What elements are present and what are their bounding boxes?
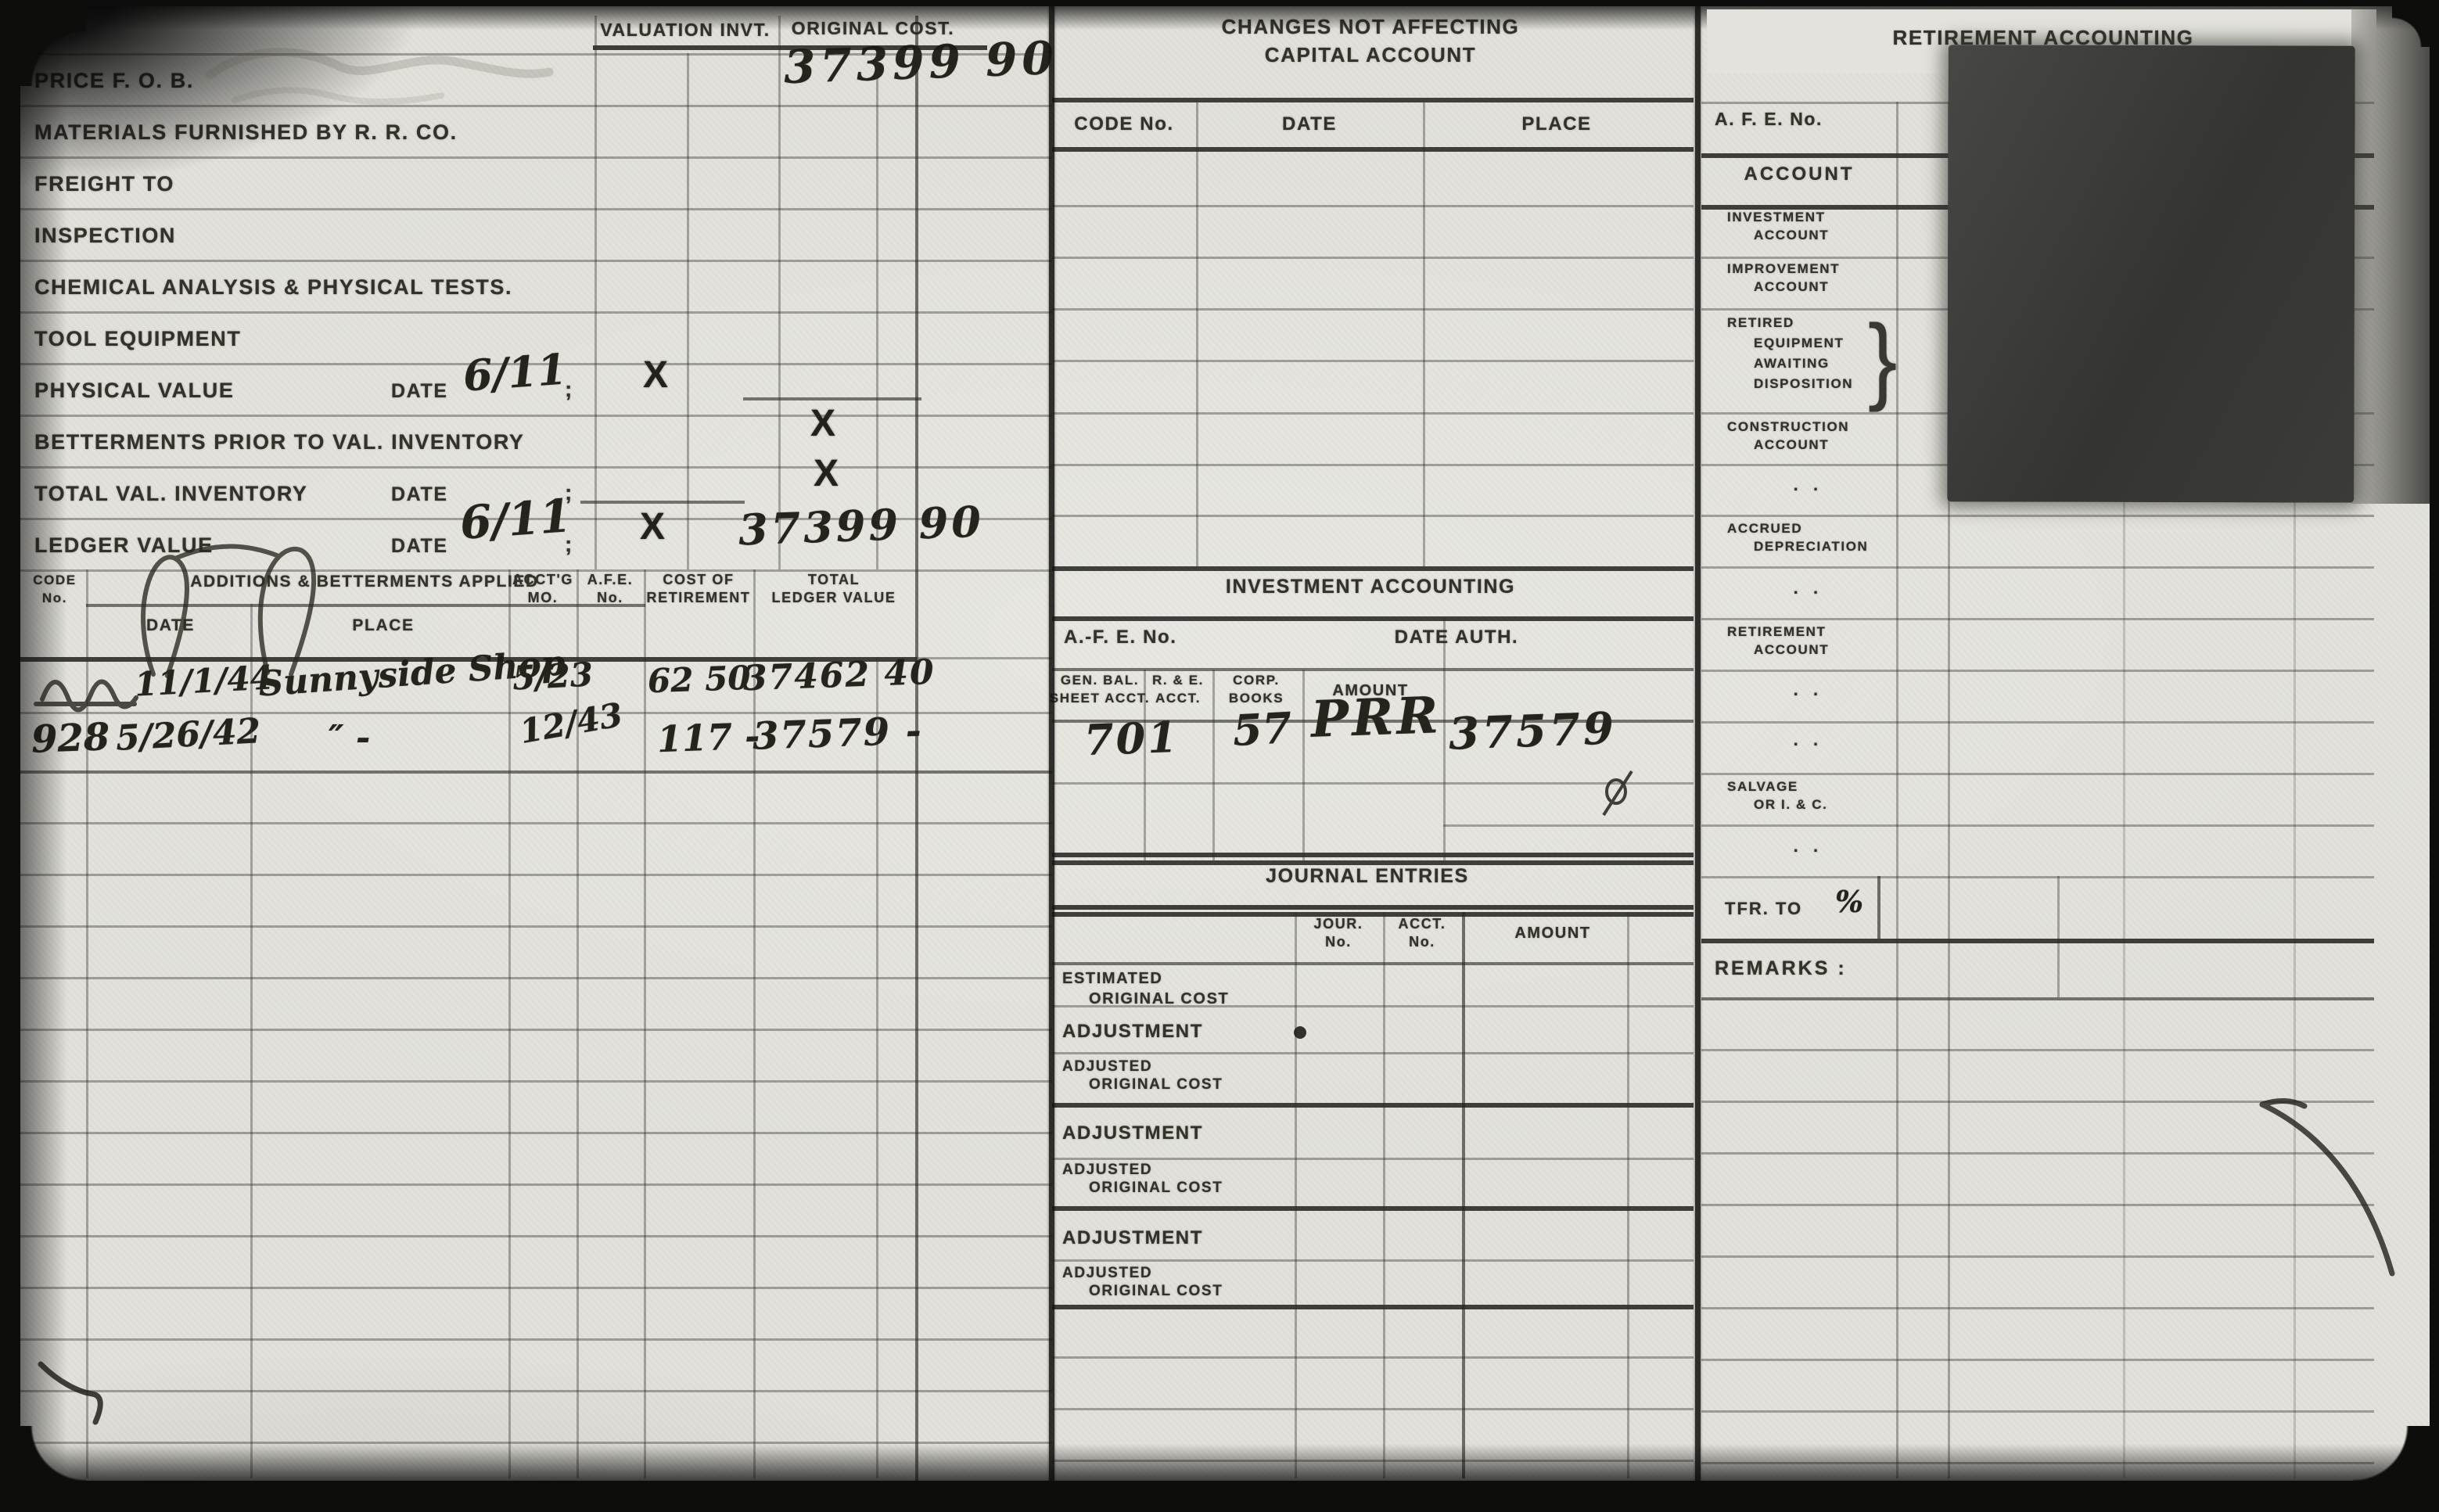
grid-line-v [687,53,689,569]
investment-corp-books-value: PRR [1310,686,1442,749]
grid-line-h [1052,1305,1694,1309]
journal-jour-no-header: JOUR. No. [1313,915,1363,951]
grid-line-h [1701,1204,2374,1206]
retirement-row-construction: CONSTRUCTION ACCOUNT [1727,418,1849,454]
total-val-date-label: DATE [391,483,448,505]
grid-line-v [2057,876,2060,997]
grid-line-v [1295,912,1297,1478]
grid-line-v [876,53,878,569]
retirement-account-header: ACCOUNT [1744,164,1855,185]
changes-code-header: CODE No. [1074,114,1173,135]
grid-line-v [1627,912,1629,1478]
grid-line-h [20,105,1052,107]
physical-value-date-label: DATE [391,380,448,402]
additions-row2-place-ditto: ″ - [329,718,370,758]
grid-line-h [1052,912,1694,917]
grid-line-v [2123,501,2125,1478]
additions-row2-cost: 117 - [656,715,760,761]
changes-date-header: DATE [1282,114,1337,135]
tfr-to-label: TFR. TO [1725,900,1802,919]
journal-row-adjusted-2: ADJUSTED ORIGINAL COST [1062,1161,1223,1197]
additions-afe-header: A.F.E. No. [587,571,634,607]
bottom-edge-shading [0,1444,2439,1483]
grid-line-h [917,657,1052,659]
grid-line-h [20,874,1052,876]
grid-line-h [1052,308,1694,311]
retirement-row-improvement: IMPROVEMENT ACCOUNT [1727,260,1840,296]
physical-value-x-mark: X [643,354,668,397]
grid-line-h [1052,360,1694,362]
grid-line-h [20,822,1052,824]
row-label-chemical: CHEMICAL ANALYSIS & PHYSICAL TESTS. [34,275,512,299]
investment-amount-value: 37579 [1448,702,1618,760]
retirement-row-dots-1: · · [1794,480,1824,500]
grid-line-h [1052,1103,1694,1108]
remarks-label: REMARKS : [1715,957,1847,979]
retirement-row-investment: INVESTMENT ACCOUNT [1727,208,1829,244]
grid-line-h [1701,566,2374,569]
investment-gen-bal-value: 701 [1083,712,1180,765]
grid-line-h [1443,824,1694,827]
grid-line-h [20,1183,1052,1186]
grid-line-h [20,466,1052,469]
grid-line-v [1383,912,1385,1478]
grid-line-h [20,925,1052,928]
journal-amount-header: AMOUNT [1514,925,1590,942]
additions-row2-code: 928 [31,715,110,761]
grid-line-h [20,1080,1052,1083]
grid-line-v [644,569,646,1478]
grid-line-h [1052,1206,1694,1211]
grid-line-v [876,657,878,1478]
grid-line-h [1701,1359,2374,1361]
journal-acct-no-header: ACCT. No. [1399,915,1446,951]
grid-line-h [1701,1462,2374,1464]
ledger-value-x-mark: X [640,505,665,548]
grid-line-h [1701,618,2374,620]
additions-date-header: DATE [146,616,195,635]
grid-line-v [1877,876,1880,939]
grid-line-h [1052,616,1694,621]
row-label-total-val-inventory: TOTAL VAL. INVENTORY [34,482,308,505]
additions-code-header: CODE No. [33,571,77,607]
grid-line-v [2294,501,2296,1478]
changes-title-line1: CHANGES NOT AFFECTING [1222,16,1520,38]
row-label-freight: FREIGHT TO [34,172,174,196]
row-label-physical-value: PHYSICAL VALUE [34,379,234,402]
investment-afe-header: A.-F. E. No. [1064,627,1177,648]
grid-line-h [20,1338,1052,1341]
grid-line-h [1052,205,1694,207]
row-label-inspection: INSPECTION [34,224,176,247]
grid-line-h [1052,1408,1694,1410]
physical-value-date-value: 6/11 [462,343,569,400]
grid-line-v [86,569,88,1478]
grid-line-h [1052,412,1694,415]
grid-line-v [1049,6,1054,1481]
grid-line-h [1052,905,1694,910]
grid-line-v [778,16,781,569]
retirement-afe-header: A. F. E. No. [1715,110,1823,130]
grid-line-h [20,1442,1052,1444]
physical-value-suffix: ; [565,377,573,401]
grid-line-h [20,208,1052,210]
grid-line-h [1701,1307,2374,1309]
grid-line-v [1695,6,1701,1481]
additions-place-header: PLACE [352,616,414,635]
additions-row2-total: 37579 - [752,709,923,759]
changes-title-line2: CAPITAL ACCOUNT [1265,44,1477,66]
grid-line-h [1052,257,1694,259]
journal-row-estimated: ESTIMATED ORIGINAL COST [1062,968,1229,1009]
journal-row-adjustment-3: ADJUSTMENT [1062,1228,1203,1249]
grid-line-h [1052,1356,1694,1359]
grid-line-h [20,1132,1052,1134]
additions-row2-date: 5/26/42 [115,711,262,759]
grid-line-h [580,501,745,504]
grid-line-h [1052,1460,1694,1462]
additions-row1-place-note: 5/23 [512,655,594,697]
grid-line-h [1052,464,1694,466]
tfr-percent-sign: % [1835,884,1863,919]
journal-title: JOURNAL ENTRIES [1266,865,1469,887]
grid-line-h [1052,1158,1694,1160]
additions-row1-date: 11/1/44 [134,658,274,703]
grid-line-v [753,569,756,1478]
grid-line-h [20,1287,1052,1289]
grid-line-h [1052,782,1694,785]
additions-acctg-header: ACCT'G MO. [512,571,573,607]
grid-line-v [1462,912,1465,1478]
grid-line-v [1212,670,1215,860]
original-cost-value: 37399 90 [783,31,1059,94]
amount-check-mark [1604,771,1632,815]
retirement-row-dots-4: · · [1794,735,1824,755]
grid-line-h [1701,1152,2374,1155]
grid-line-h [1052,98,1694,102]
grid-line-v [508,569,511,1478]
grid-line-h [20,415,1052,417]
retirement-row-salvage: SALVAGE OR I. & C. [1727,778,1827,813]
investment-date-auth-header: DATE AUTH. [1395,627,1519,648]
retirement-row-dots-5: · · [1794,842,1824,861]
row-label-tool-equipment: TOOL EQUIPMENT [34,327,241,350]
row-label-price-fob: PRICE F. O. B. [34,69,194,92]
grid-line-h [1052,853,1694,857]
ledger-value-amount: 37399 90 [738,497,985,555]
grid-line-h [1052,1259,1694,1262]
grid-line-h [1701,1049,2374,1051]
retirement-row-retirement-account: RETIREMENT ACCOUNT [1727,623,1829,659]
grid-line-h [20,156,1052,159]
journal-pen-dot [1294,1026,1306,1039]
grid-line-h [1052,962,1694,965]
betterments-x-mark: X [810,402,835,445]
frame-top [0,0,2439,6]
scan-edge-gray-strip [2351,6,2431,504]
retired-equipment-bracket: } [1868,305,1898,413]
journal-row-adjusted-3: ADJUSTED ORIGINAL COST [1062,1264,1223,1300]
grid-line-h [20,1235,1052,1237]
grid-line-v [1302,670,1305,860]
redaction-box [1947,45,2355,502]
additions-total-header: TOTAL LEDGER VALUE [772,571,896,607]
grid-line-h [20,260,1052,262]
changes-place-header: PLACE [1521,114,1591,135]
grid-line-h [1701,670,2374,672]
header-scribble [143,546,314,676]
grid-line-h [1701,721,2374,724]
grid-line-h [20,977,1052,979]
grid-line-h [743,397,921,400]
additions-cost-header: COST OF RETIREMENT [647,571,751,607]
row-label-ledger-value: LEDGER VALUE [34,533,214,557]
code-scribble-row1 [36,681,136,709]
investment-col-corp-books: CORP. BOOKS [1229,671,1284,707]
frame-bottom [0,1481,2439,1512]
total-val-x-mark: X [814,452,839,495]
row-label-materials: MATERIALS FURNISHED BY R. R. CO. [34,120,458,144]
top-left-corner-shading [0,0,438,196]
grid-line-h [20,770,1052,774]
grid-line-v [1443,618,1446,860]
row-label-betterments: BETTERMENTS PRIOR TO VAL. INVENTORY [34,430,525,454]
grid-line-h [1701,515,2374,517]
grid-line-h [1701,1410,2374,1413]
grid-line-h [1701,1101,2374,1103]
pen-mark-bottom-left [41,1364,100,1422]
grid-line-h [20,1390,1052,1392]
retirement-row-dots-3: · · [1794,685,1824,705]
additions-row1-total: 37462 40 [742,652,936,699]
grid-line-h [20,1029,1052,1031]
ledger-value-date-value: 6/11 [458,489,573,550]
additions-row2-acctg: 12/43 [517,695,626,751]
frame-left [0,0,20,1512]
investment-col-gen-bal: GEN. BAL. SHEET ACCT. [1050,671,1150,707]
frame-right [2430,0,2439,1512]
investment-col-re-acct: R. & E. ACCT. [1152,671,1204,707]
investment-re-acct-value: 57 [1231,702,1292,756]
ledger-value-date-label: DATE [391,535,448,557]
journal-row-adjusted-1: ADJUSTED ORIGINAL COST [1062,1058,1223,1094]
grid-line-h [1052,1052,1694,1054]
grid-line-h [1701,997,2374,1000]
retirement-row-retired-equipment: RETIRED EQUIPMENT AWAITING DISPOSITION [1727,313,1853,394]
grid-line-v [1196,102,1198,566]
pen-mark-bottom-right [2262,1101,2392,1273]
grid-line-h [1701,773,2374,775]
grid-line-h [1701,876,2374,878]
grid-line-v [594,16,597,569]
additions-title: ADDITIONS & BETTERMENTS APPLIED [190,573,539,591]
journal-row-adjustment-1: ADJUSTMENT [1062,1022,1203,1043]
grid-line-h [20,311,1052,314]
additions-row1-cost: 62 50 [647,659,751,701]
valuation-invt-header: VALUATION INVT. [600,20,770,41]
journal-row-adjustment-2: ADJUSTMENT [1062,1123,1203,1144]
smudge-mark [210,52,549,102]
ledger-value-suffix: ; [565,532,573,556]
scanned-ledger-card: PRICE F. O. B. MATERIALS FURNISHED BY R.… [0,0,2439,1512]
grid-line-h [1701,824,2374,827]
grid-line-h [1701,1255,2374,1258]
retirement-row-dots-2: · · [1794,584,1824,603]
retirement-row-accrued-depreciation: ACCRUED DEPRECIATION [1727,519,1868,555]
investment-title: INVESTMENT ACCOUNTING [1226,576,1515,598]
grid-line-h [1052,147,1694,152]
grid-line-h [1052,515,1694,517]
grid-line-h [1052,566,1694,571]
grid-line-h [1701,939,2374,943]
grid-line-v [1423,102,1425,566]
